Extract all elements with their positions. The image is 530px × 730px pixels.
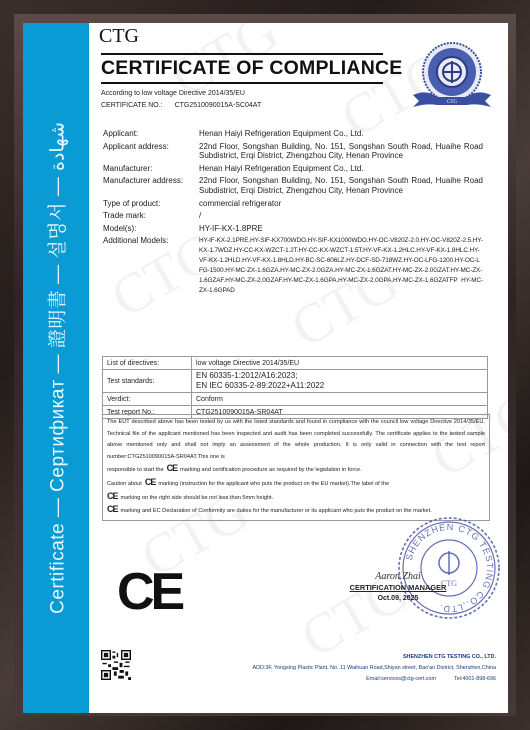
- compliance-notice: The EUT described above has been tested …: [102, 414, 490, 521]
- field-models: Model(s): HY-IF-KX-1.8PRE: [103, 224, 483, 234]
- table-label: Verdict:: [103, 393, 192, 406]
- ce-mark-logo: CE: [117, 562, 181, 622]
- field-value: 22nd Floor, Songshan Building, No. 151, …: [199, 142, 483, 161]
- certificate-title: CERTIFICATE OF COMPLIANCE: [101, 57, 383, 80]
- field-label: Type of product:: [103, 199, 199, 209]
- title-block: CERTIFICATE OF COMPLIANCE: [101, 53, 383, 84]
- certificate-paper: Certificate — Сертификат — 證明書 — 설명서 — ش…: [23, 23, 508, 713]
- standard-line: EN 60335-1:2012/A16:2023;: [196, 371, 483, 381]
- cert-no-value: CTG2510090015A-SC04AT: [175, 102, 262, 109]
- directive-line: According to low voltage Directive 2014/…: [101, 90, 245, 97]
- notice-text: Caution about: [107, 481, 142, 487]
- footer-company: SHENZHEN CTG TESTING CO., LTD.: [253, 652, 496, 663]
- notice-text: marking (instruction for the applicant w…: [158, 481, 389, 487]
- field-applicant-address: Applicant address: 22nd Floor, Songshan …: [103, 142, 483, 161]
- field-manufacturer-address: Manufacturer address: 22nd Floor, Songsh…: [103, 176, 483, 195]
- footer-contact: SHENZHEN CTG TESTING CO., LTD. ADD:3F, Y…: [253, 652, 496, 685]
- notice-text: responsible to start the: [107, 467, 164, 473]
- table-value: Conform: [192, 393, 488, 406]
- qr-code-icon[interactable]: [101, 650, 131, 680]
- ce-mark-icon: CE: [107, 504, 118, 514]
- ce-mark-icon: CE: [107, 491, 118, 501]
- table-row: Test standards: EN 60335-1:2012/A16:2023…: [103, 370, 488, 393]
- notice-paragraph: Caution aboutCEmarking (instruction for …: [107, 477, 485, 491]
- signature: Aaron Zhai: [343, 571, 453, 582]
- notice-text: marking and certification procedure as r…: [180, 467, 362, 473]
- field-manufacturer: Manufacturer: Henan Haiyi Refrigeration …: [103, 164, 483, 174]
- side-stripe: Certificate — Сертификат — 證明書 — 설명서 — ش…: [23, 23, 89, 713]
- field-label: Applicant address:: [103, 142, 199, 161]
- brand-logo-text: CTG: [99, 25, 139, 48]
- table-label: List of directives:: [103, 357, 192, 370]
- footer-contact-line: Email:services@ctg-cert.comTel:4001-898-…: [253, 674, 496, 685]
- notice-text: marking on the right side should be not …: [121, 495, 274, 501]
- field-additional-models: Additional Models: HY-IF-KX-2.1PRE.HY-SI…: [103, 236, 483, 295]
- field-value: /: [199, 211, 483, 221]
- directive-table: List of directives: low voltage Directiv…: [102, 356, 488, 419]
- field-label: Trade mark:: [103, 211, 199, 221]
- field-label: Model(s):: [103, 224, 199, 234]
- svg-text:CTG: CTG: [447, 100, 457, 105]
- table-row: List of directives: low voltage Directiv…: [103, 357, 488, 370]
- certificate-number: CERTIFICATE NO.:CTG2510090015A-SC04AT: [101, 102, 261, 109]
- notice-text: marking and EC Declaration of Conformity…: [121, 508, 432, 514]
- field-product-type: Type of product: commercial refrigerator: [103, 199, 483, 209]
- certificate-fields: Applicant: Henan Haiyi Refrigeration Equ…: [103, 129, 483, 299]
- company-stamp-icon: SHENZHEN CTG TESTING CO.,LTD. CTG: [394, 513, 504, 623]
- field-applicant: Applicant: Henan Haiyi Refrigeration Equ…: [103, 129, 483, 139]
- field-label: Additional Models:: [103, 236, 199, 295]
- footer-address: ADD:3F, Yongxing Plastic Plant, No. 11 W…: [253, 663, 496, 674]
- field-value: HY-IF-KX-1.8PRE: [199, 224, 483, 234]
- table-value: EN 60335-1:2012/A16:2023; EN IEC 60335-2…: [192, 370, 488, 393]
- table-row: Verdict: Conform: [103, 393, 488, 406]
- field-value: Henan Haiyi Refrigeration Equipment Co.,…: [199, 164, 483, 174]
- footer-email[interactable]: Email:services@ctg-cert.com: [366, 676, 436, 682]
- table-label: Test standards:: [103, 370, 192, 393]
- notice-paragraph: The EUT described above has been tested …: [107, 417, 485, 463]
- field-trade-mark: Trade mark: /: [103, 211, 483, 221]
- field-value: 22nd Floor, Songshan Building, No. 151, …: [199, 176, 483, 195]
- footer-tel: Tel:4001-898-696: [454, 676, 496, 682]
- standard-line: EN IEC 60335-2-89:2022+A11:2022: [196, 381, 483, 391]
- cert-no-label: CERTIFICATE NO.:: [101, 102, 163, 109]
- certificate-content: CTG CTG CTG CTG CTG CTG CTG CTG CERTIFIC…: [89, 23, 508, 713]
- field-label: Manufacturer:: [103, 164, 199, 174]
- table-value: low voltage Directive 2014/35/EU: [192, 357, 488, 370]
- field-value: commercial refrigerator: [199, 199, 483, 209]
- notice-paragraph: responsible to start theCEmarking and ce…: [107, 463, 485, 477]
- signer-title: CERTIFICATION MANAGER: [343, 583, 453, 592]
- ce-mark-icon: CE: [145, 477, 156, 487]
- ce-mark-icon: CE: [167, 463, 178, 473]
- signature-block: Aaron Zhai CERTIFICATION MANAGER Oct.09,…: [343, 571, 453, 602]
- notice-paragraph: CEmarking on the right side should be no…: [107, 491, 485, 505]
- field-label: Applicant:: [103, 129, 199, 139]
- field-value: Henan Haiyi Refrigeration Equipment Co.,…: [199, 129, 483, 139]
- sign-date: Oct.09, 2025: [343, 595, 453, 602]
- side-stripe-text: Certificate — Сертификат — 證明書 — 설명서 — ش…: [43, 122, 70, 614]
- field-value: HY-IF-KX-2.1PRE.HY-SIF-KX700WDO.HY-SIF-K…: [199, 236, 483, 295]
- field-label: Manufacturer address:: [103, 176, 199, 195]
- certification-seal-icon: CTG: [407, 39, 497, 114]
